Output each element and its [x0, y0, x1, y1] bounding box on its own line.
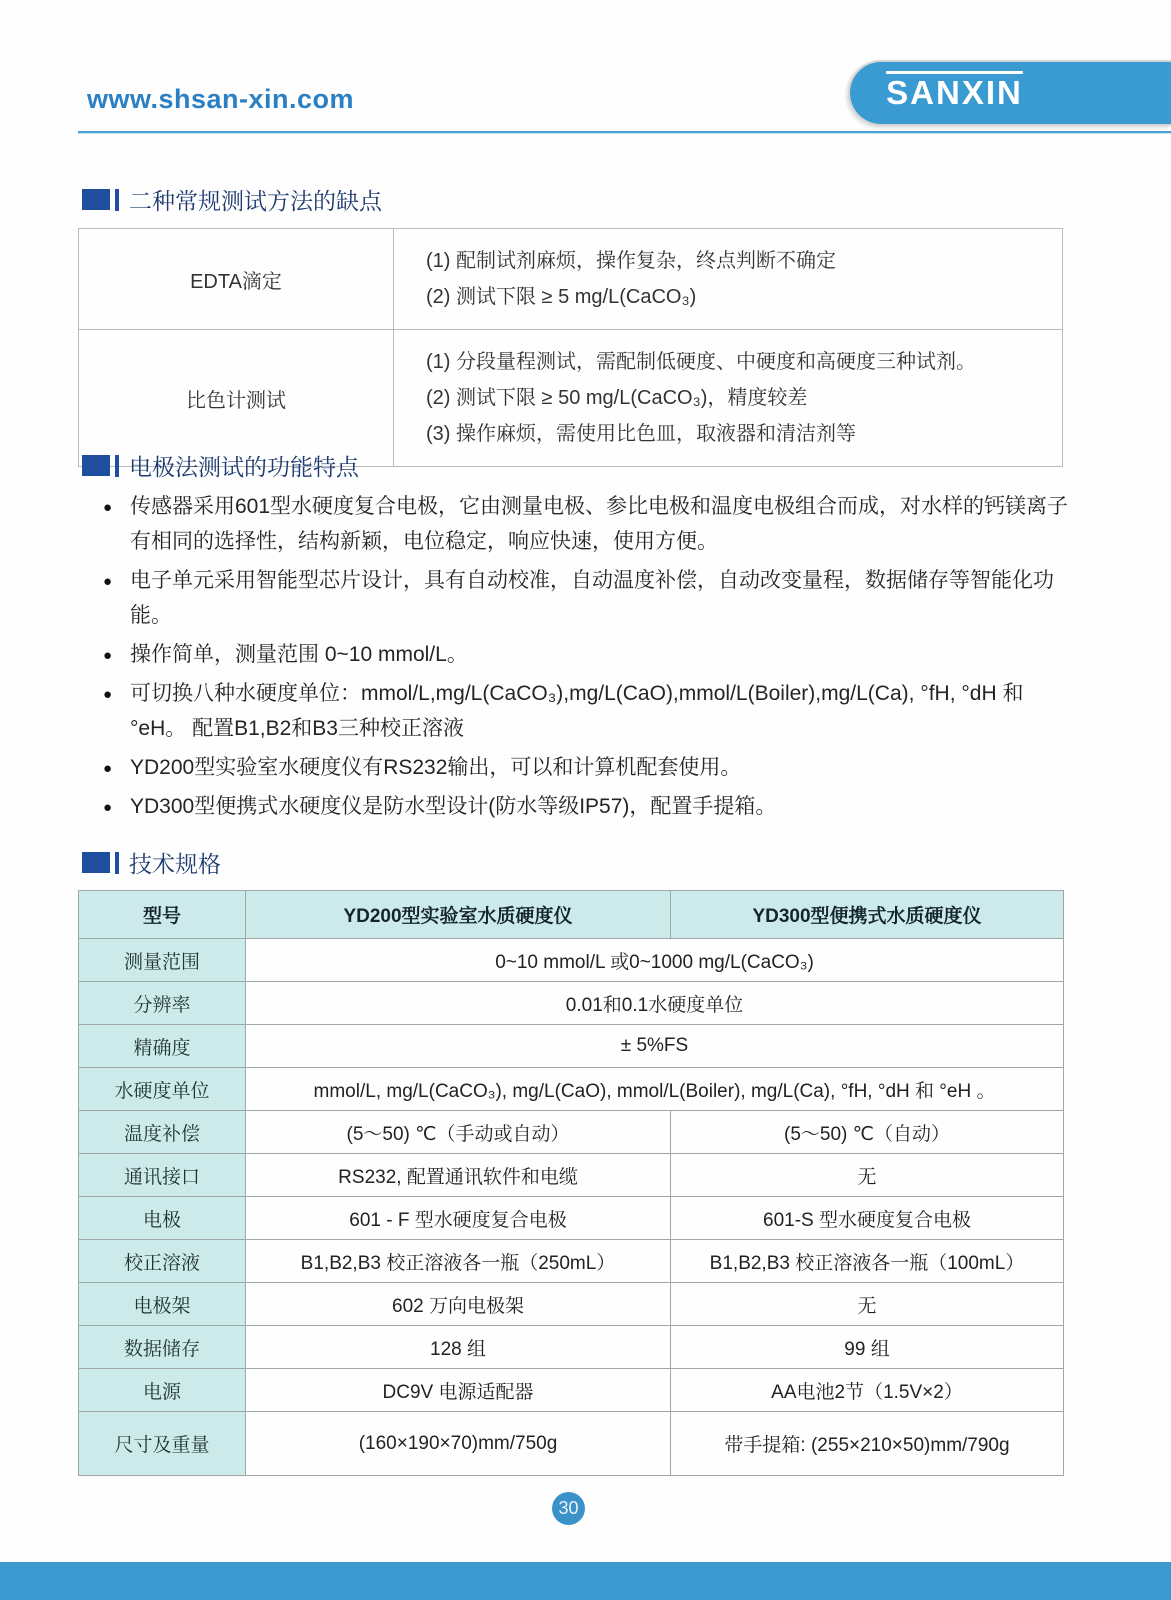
features-list: ●传感器采用601型水硬度复合电极，它由测量电极、参比电极和温度电极组合而成，对…: [103, 489, 1078, 828]
page-number-badge: 30: [552, 1492, 585, 1525]
spec-value-yd300: B1,B2,B3 校正溶液各一瓶（100mL）: [671, 1240, 1064, 1283]
drawback-line: (1) 配制试剂麻烦，操作复杂，终点判断不确定: [426, 243, 1052, 279]
method-name: EDTA滴定: [79, 229, 394, 330]
column-header: 型号: [79, 891, 246, 939]
sanxin-logo-text: SANXIN: [886, 74, 1023, 112]
feature-text: 传感器采用601型水硬度复合电极，它由测量电极、参比电极和温度电极组合而成，对水…: [130, 495, 1068, 553]
feature-text: YD200型实验室水硬度仪有RS232输出，可以和计算机配套使用。: [130, 756, 741, 779]
heading-bar-icon: [115, 852, 119, 874]
spec-value-yd300: 带手提箱: (255×210×50)mm/790g: [671, 1412, 1064, 1476]
spec-value-yd200: 128 组: [246, 1326, 671, 1369]
column-header: YD300型便携式水质硬度仪: [671, 891, 1064, 939]
spec-label: 电极: [79, 1197, 246, 1240]
feature-text: YD300型便携式水硬度仪是防水型设计(防水等级IP57)，配置手提箱。: [130, 795, 776, 818]
sanxin-logo: SANXIN: [848, 60, 1171, 126]
method-name: 比色计测试: [79, 330, 394, 467]
feature-text: 可切换八种水硬度单位：mmol/L,mg/L(CaCO₃),mg/L(CaO),…: [130, 682, 1023, 740]
table-row: 尺寸及重量 (160×190×70)mm/750g 带手提箱: (255×210…: [79, 1412, 1064, 1476]
heading-bar-icon: [115, 455, 119, 477]
table-row: 精确度 ± 5%FS: [79, 1025, 1064, 1068]
list-item: ●可切换八种水硬度单位：mmol/L,mg/L(CaCO₃),mg/L(CaO)…: [103, 676, 1078, 746]
table-row: 比色计测试 (1) 分段量程测试，需配制低硬度、中硬度和高硬度三种试剂。 (2)…: [79, 330, 1063, 467]
table-row: 电极 601 - F 型水硬度复合电极 601-S 型水硬度复合电极: [79, 1197, 1064, 1240]
spec-value-yd300: 99 组: [671, 1326, 1064, 1369]
section-heading-specs: 技术规格: [82, 846, 221, 879]
spec-label: 电极架: [79, 1283, 246, 1326]
spec-value: mmol/L, mg/L(CaCO₃), mg/L(CaO), mmol/L(B…: [246, 1068, 1064, 1111]
drawback-line: (1) 分段量程测试，需配制低硬度、中硬度和高硬度三种试剂。: [426, 344, 1052, 380]
spec-value: 0~10 mmol/L 或0~1000 mg/L(CaCO₃): [246, 939, 1064, 982]
list-item: ●YD200型实验室水硬度仪有RS232输出，可以和计算机配套使用。: [103, 750, 1078, 785]
table-header-row: 型号 YD200型实验室水质硬度仪 YD300型便携式水质硬度仪: [79, 891, 1064, 939]
spec-label: 尺寸及重量: [79, 1412, 246, 1476]
spec-label: 电源: [79, 1369, 246, 1412]
spec-value-yd300: AA电池2节（1.5V×2）: [671, 1369, 1064, 1412]
catalog-page: www.shsan-xin.com SANXIN 二种常规测试方法的缺点 EDT…: [0, 0, 1171, 1600]
bullet-icon: ●: [103, 490, 112, 525]
spec-label: 水硬度单位: [79, 1068, 246, 1111]
table-row: 温度补偿 (5～50) ℃（手动或自动） (5～50) ℃（自动）: [79, 1111, 1064, 1154]
table-row: 测量范围 0~10 mmol/L 或0~1000 mg/L(CaCO₃): [79, 939, 1064, 982]
feature-text: 电子单元采用智能型芯片设计，具有自动校准，自动温度补偿，自动改变量程，数据储存等…: [130, 569, 1054, 627]
bullet-icon: ●: [103, 751, 112, 786]
spec-value-yd200: (5～50) ℃（手动或自动）: [246, 1111, 671, 1154]
section-heading-methods: 二种常规测试方法的缺点: [82, 183, 382, 216]
drawback-line: (3) 操作麻烦，需使用比色皿，取液器和清洁剂等: [426, 416, 1052, 452]
spec-value-yd300: 601-S 型水硬度复合电极: [671, 1197, 1064, 1240]
table-row: 分辨率 0.01和0.1水硬度单位: [79, 982, 1064, 1025]
table-row: 电源 DC9V 电源适配器 AA电池2节（1.5V×2）: [79, 1369, 1064, 1412]
spec-value-yd200: DC9V 电源适配器: [246, 1369, 671, 1412]
site-url: www.shsan-xin.com: [87, 84, 354, 115]
section-title: 二种常规测试方法的缺点: [129, 183, 382, 216]
drawback-line: (2) 测试下限 ≥ 5 mg/L(CaCO₃): [426, 279, 1052, 315]
table-row: 数据储存 128 组 99 组: [79, 1326, 1064, 1369]
page-number: 30: [558, 1498, 578, 1519]
list-item: ●YD300型便携式水硬度仪是防水型设计(防水等级IP57)，配置手提箱。: [103, 789, 1078, 824]
spec-label: 数据储存: [79, 1326, 246, 1369]
bullet-icon: ●: [103, 564, 112, 599]
spec-value-yd300: 无: [671, 1283, 1064, 1326]
spec-label: 温度补偿: [79, 1111, 246, 1154]
method-drawbacks: (1) 配制试剂麻烦，操作复杂，终点判断不确定 (2) 测试下限 ≥ 5 mg/…: [394, 229, 1063, 330]
spec-table: 型号 YD200型实验室水质硬度仪 YD300型便携式水质硬度仪 测量范围 0~…: [78, 890, 1064, 1476]
table-row: 通讯接口 RS232, 配置通讯软件和电缆 无: [79, 1154, 1064, 1197]
heading-square-icon: [82, 852, 110, 873]
bullet-icon: ●: [103, 677, 112, 712]
header-divider: [78, 131, 1171, 134]
spec-value-yd200: B1,B2,B3 校正溶液各一瓶（250mL）: [246, 1240, 671, 1283]
table-row: EDTA滴定 (1) 配制试剂麻烦，操作复杂，终点判断不确定 (2) 测试下限 …: [79, 229, 1063, 330]
spec-value: 0.01和0.1水硬度单位: [246, 982, 1064, 1025]
list-item: ●操作简单，测量范围 0~10 mmol/L。: [103, 637, 1078, 672]
bullet-icon: ●: [103, 790, 112, 825]
methods-table: EDTA滴定 (1) 配制试剂麻烦，操作复杂，终点判断不确定 (2) 测试下限 …: [78, 228, 1063, 467]
spec-label: 校正溶液: [79, 1240, 246, 1283]
spec-label: 通讯接口: [79, 1154, 246, 1197]
spec-value: ± 5%FS: [246, 1025, 1064, 1068]
column-header: YD200型实验室水质硬度仪: [246, 891, 671, 939]
heading-bar-icon: [115, 189, 119, 211]
drawback-line: (2) 测试下限 ≥ 50 mg/L(CaCO₃)，精度较差: [426, 380, 1052, 416]
spec-value-yd300: (5～50) ℃（自动）: [671, 1111, 1064, 1154]
section-title: 技术规格: [129, 846, 221, 879]
table-row: 电极架 602 万向电极架 无: [79, 1283, 1064, 1326]
spec-label: 精确度: [79, 1025, 246, 1068]
feature-text: 操作简单，测量范围 0~10 mmol/L。: [130, 643, 468, 666]
spec-value-yd200: 601 - F 型水硬度复合电极: [246, 1197, 671, 1240]
table-row: 水硬度单位 mmol/L, mg/L(CaCO₃), mg/L(CaO), mm…: [79, 1068, 1064, 1111]
spec-value-yd200: (160×190×70)mm/750g: [246, 1412, 671, 1476]
table-row: 校正溶液 B1,B2,B3 校正溶液各一瓶（250mL） B1,B2,B3 校正…: [79, 1240, 1064, 1283]
spec-value-yd200: 602 万向电极架: [246, 1283, 671, 1326]
spec-value-yd300: 无: [671, 1154, 1064, 1197]
section-title: 电极法测试的功能特点: [129, 449, 359, 482]
spec-label: 测量范围: [79, 939, 246, 982]
method-drawbacks: (1) 分段量程测试，需配制低硬度、中硬度和高硬度三种试剂。 (2) 测试下限 …: [394, 330, 1063, 467]
heading-square-icon: [82, 455, 110, 476]
spec-value-yd200: RS232, 配置通讯软件和电缆: [246, 1154, 671, 1197]
footer-bar: [0, 1562, 1171, 1600]
list-item: ●电子单元采用智能型芯片设计，具有自动校准，自动温度补偿，自动改变量程，数据储存…: [103, 563, 1078, 633]
bullet-icon: ●: [103, 638, 112, 673]
spec-label: 分辨率: [79, 982, 246, 1025]
list-item: ●传感器采用601型水硬度复合电极，它由测量电极、参比电极和温度电极组合而成，对…: [103, 489, 1078, 559]
section-heading-features: 电极法测试的功能特点: [82, 449, 359, 482]
heading-square-icon: [82, 189, 110, 210]
